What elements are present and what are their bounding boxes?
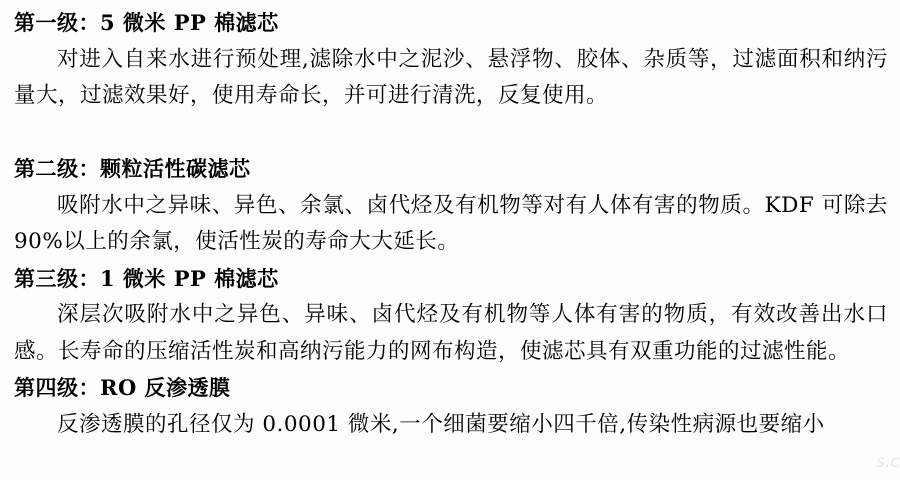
section-stage-3: 第三级：1 微米 PP 棉滤芯 深层次吸附水中之异色、异味、卤代烃及有机物等人体… [14, 261, 888, 371]
stage-1-description: 对进入自来水进行预处理,滤除水中之泥沙、悬浮物、胶体、杂质等，过滤面积和纳污量大… [14, 42, 888, 115]
stage-3-heading: 第三级：1 微米 PP 棉滤芯 [14, 261, 888, 298]
section-stage-1: 第一级：5 微米 PP 棉滤芯 对进入自来水进行预处理,滤除水中之泥沙、悬浮物、… [14, 5, 888, 115]
watermark-text: s.co [876, 452, 900, 472]
filter-stages-document: 第一级：5 微米 PP 棉滤芯 对进入自来水进行预处理,滤除水中之泥沙、悬浮物、… [0, 0, 900, 480]
stage-1-heading: 第一级：5 微米 PP 棉滤芯 [14, 5, 888, 42]
stage-4-heading: 第四级：RO 反渗透膜 [14, 370, 888, 407]
stage-3-description: 深层次吸附水中之异色、异味、卤代烃及有机物等人体有害的物质，有效改善出水口感。长… [14, 297, 888, 370]
stage-4-description: 反渗透膜的孔径仅为 0.0001 微米,一个细菌要缩小四千倍,传染性病源也要缩小 [14, 407, 888, 444]
section-stage-4: 第四级：RO 反渗透膜 反渗透膜的孔径仅为 0.0001 微米,一个细菌要缩小四… [14, 370, 888, 443]
stage-2-heading: 第二级：颗粒活性碳滤芯 [14, 151, 888, 188]
section-stage-2: 第二级：颗粒活性碳滤芯 吸附水中之异味、异色、余氯、卤代烃及有机物等对有人体有害… [14, 151, 888, 261]
stage-2-description: 吸附水中之异味、异色、余氯、卤代烃及有机物等对有人体有害的物质。KDF 可除去 … [14, 188, 888, 261]
